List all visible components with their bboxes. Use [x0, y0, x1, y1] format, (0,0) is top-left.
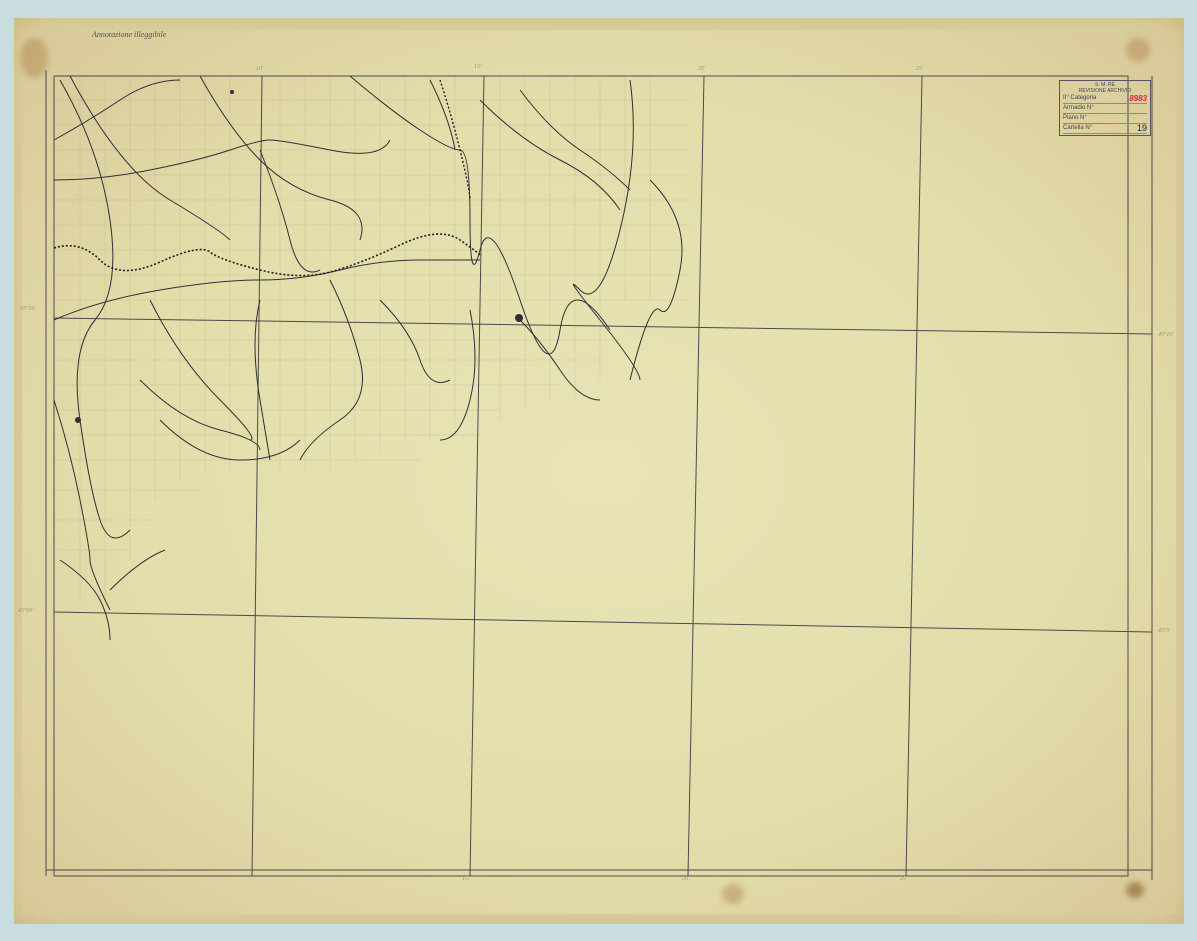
town-symbol [75, 417, 81, 423]
grid-label: 45°05' [18, 608, 34, 614]
signature: Annotazione illeggibile [92, 30, 166, 39]
fine-grid [54, 76, 690, 600]
grid-label: 20' [682, 876, 689, 882]
grid-label: 45°10' [1158, 332, 1174, 338]
map-drawing [0, 0, 1197, 941]
boundary-line [54, 234, 480, 275]
archive-stamp: S. M. RE REVISIONE ARCHIVIO II° Categori… [1059, 80, 1151, 136]
stamp-shelf-row: Piano N° [1063, 114, 1147, 124]
grid-label: 20' [698, 66, 705, 72]
stamp-category-label: II° Categoria [1063, 94, 1096, 103]
grid-label: 25' [916, 66, 923, 72]
grid-label: 45°10' [20, 306, 36, 312]
stamp-folder-value: 19 [1137, 124, 1147, 133]
town-symbol [515, 314, 523, 322]
stamp-cabinet-row: Armadio N° [1063, 104, 1147, 114]
grid-label: 15' [474, 64, 481, 70]
stamp-shelf-label: Piano N° [1063, 114, 1087, 123]
stamp-category-value: 8983 [1129, 94, 1147, 103]
grid-label: 10' [256, 66, 263, 72]
grid-label: 25' [900, 876, 907, 882]
stamp-cabinet-label: Armadio N° [1063, 104, 1094, 113]
stamp-category-row: II° Categoria 8983 [1063, 94, 1147, 104]
stamp-folder-row: Cartella N° 19 [1063, 124, 1147, 134]
grid-label: 15' [462, 876, 469, 882]
main-grid [46, 70, 1152, 880]
grid-label: 45°5' [1158, 628, 1171, 634]
river-network [54, 76, 682, 640]
town-symbol [230, 90, 234, 94]
stamp-folder-label: Cartella N° [1063, 124, 1092, 133]
